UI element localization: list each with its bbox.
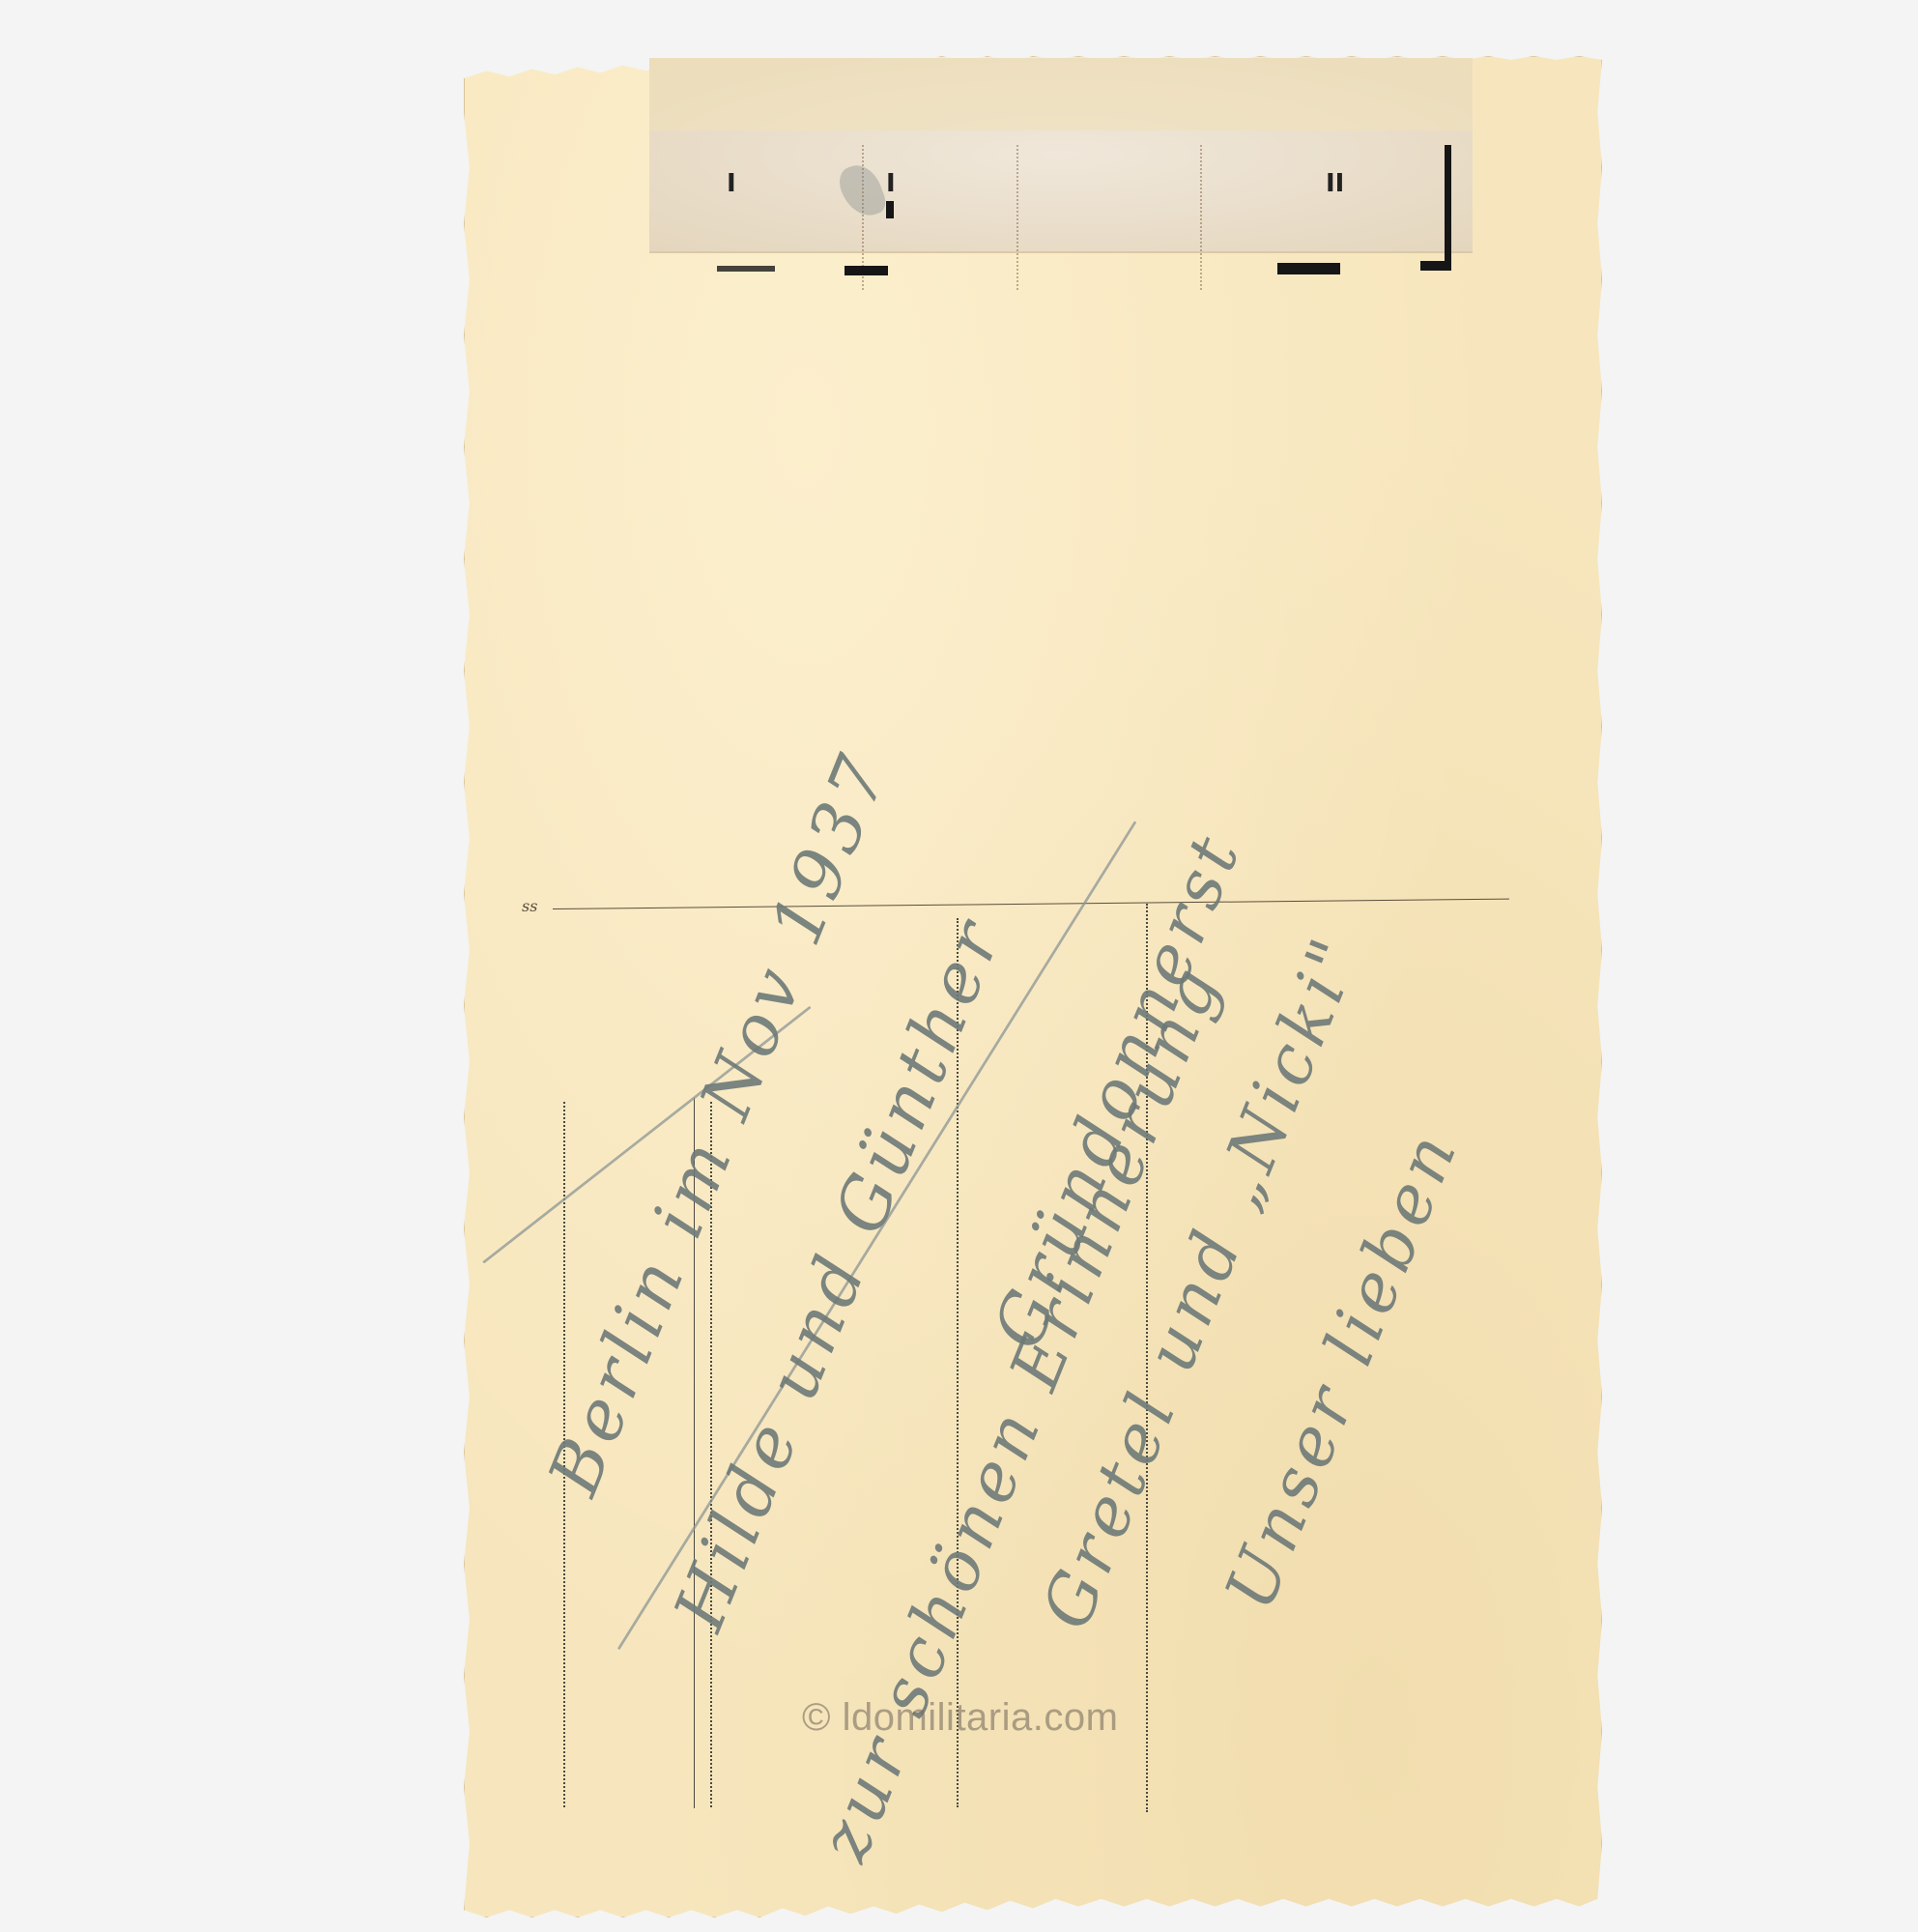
stamp-mark: I — [886, 169, 896, 198]
stamp-edge — [844, 266, 888, 275]
stamp-edge — [1277, 263, 1340, 274]
stamp-remnant — [1016, 145, 1202, 290]
stamp-edge — [886, 201, 894, 218]
tape-upper-layer — [649, 58, 1473, 130]
stamp-remnant: II — [1210, 145, 1471, 290]
stamp-edge — [1445, 145, 1451, 271]
stamp-edge — [717, 266, 775, 272]
printed-mark: ss — [522, 897, 537, 915]
tape-strip: I I II — [649, 58, 1473, 253]
stamp-edge — [1420, 261, 1451, 271]
watermark: © ldomilitaria.com — [802, 1696, 1118, 1740]
stamp-mark: I — [727, 169, 736, 198]
stamp-mark: II — [1326, 169, 1344, 198]
smudge — [835, 159, 889, 222]
stamp-remnant: I — [833, 145, 1018, 290]
